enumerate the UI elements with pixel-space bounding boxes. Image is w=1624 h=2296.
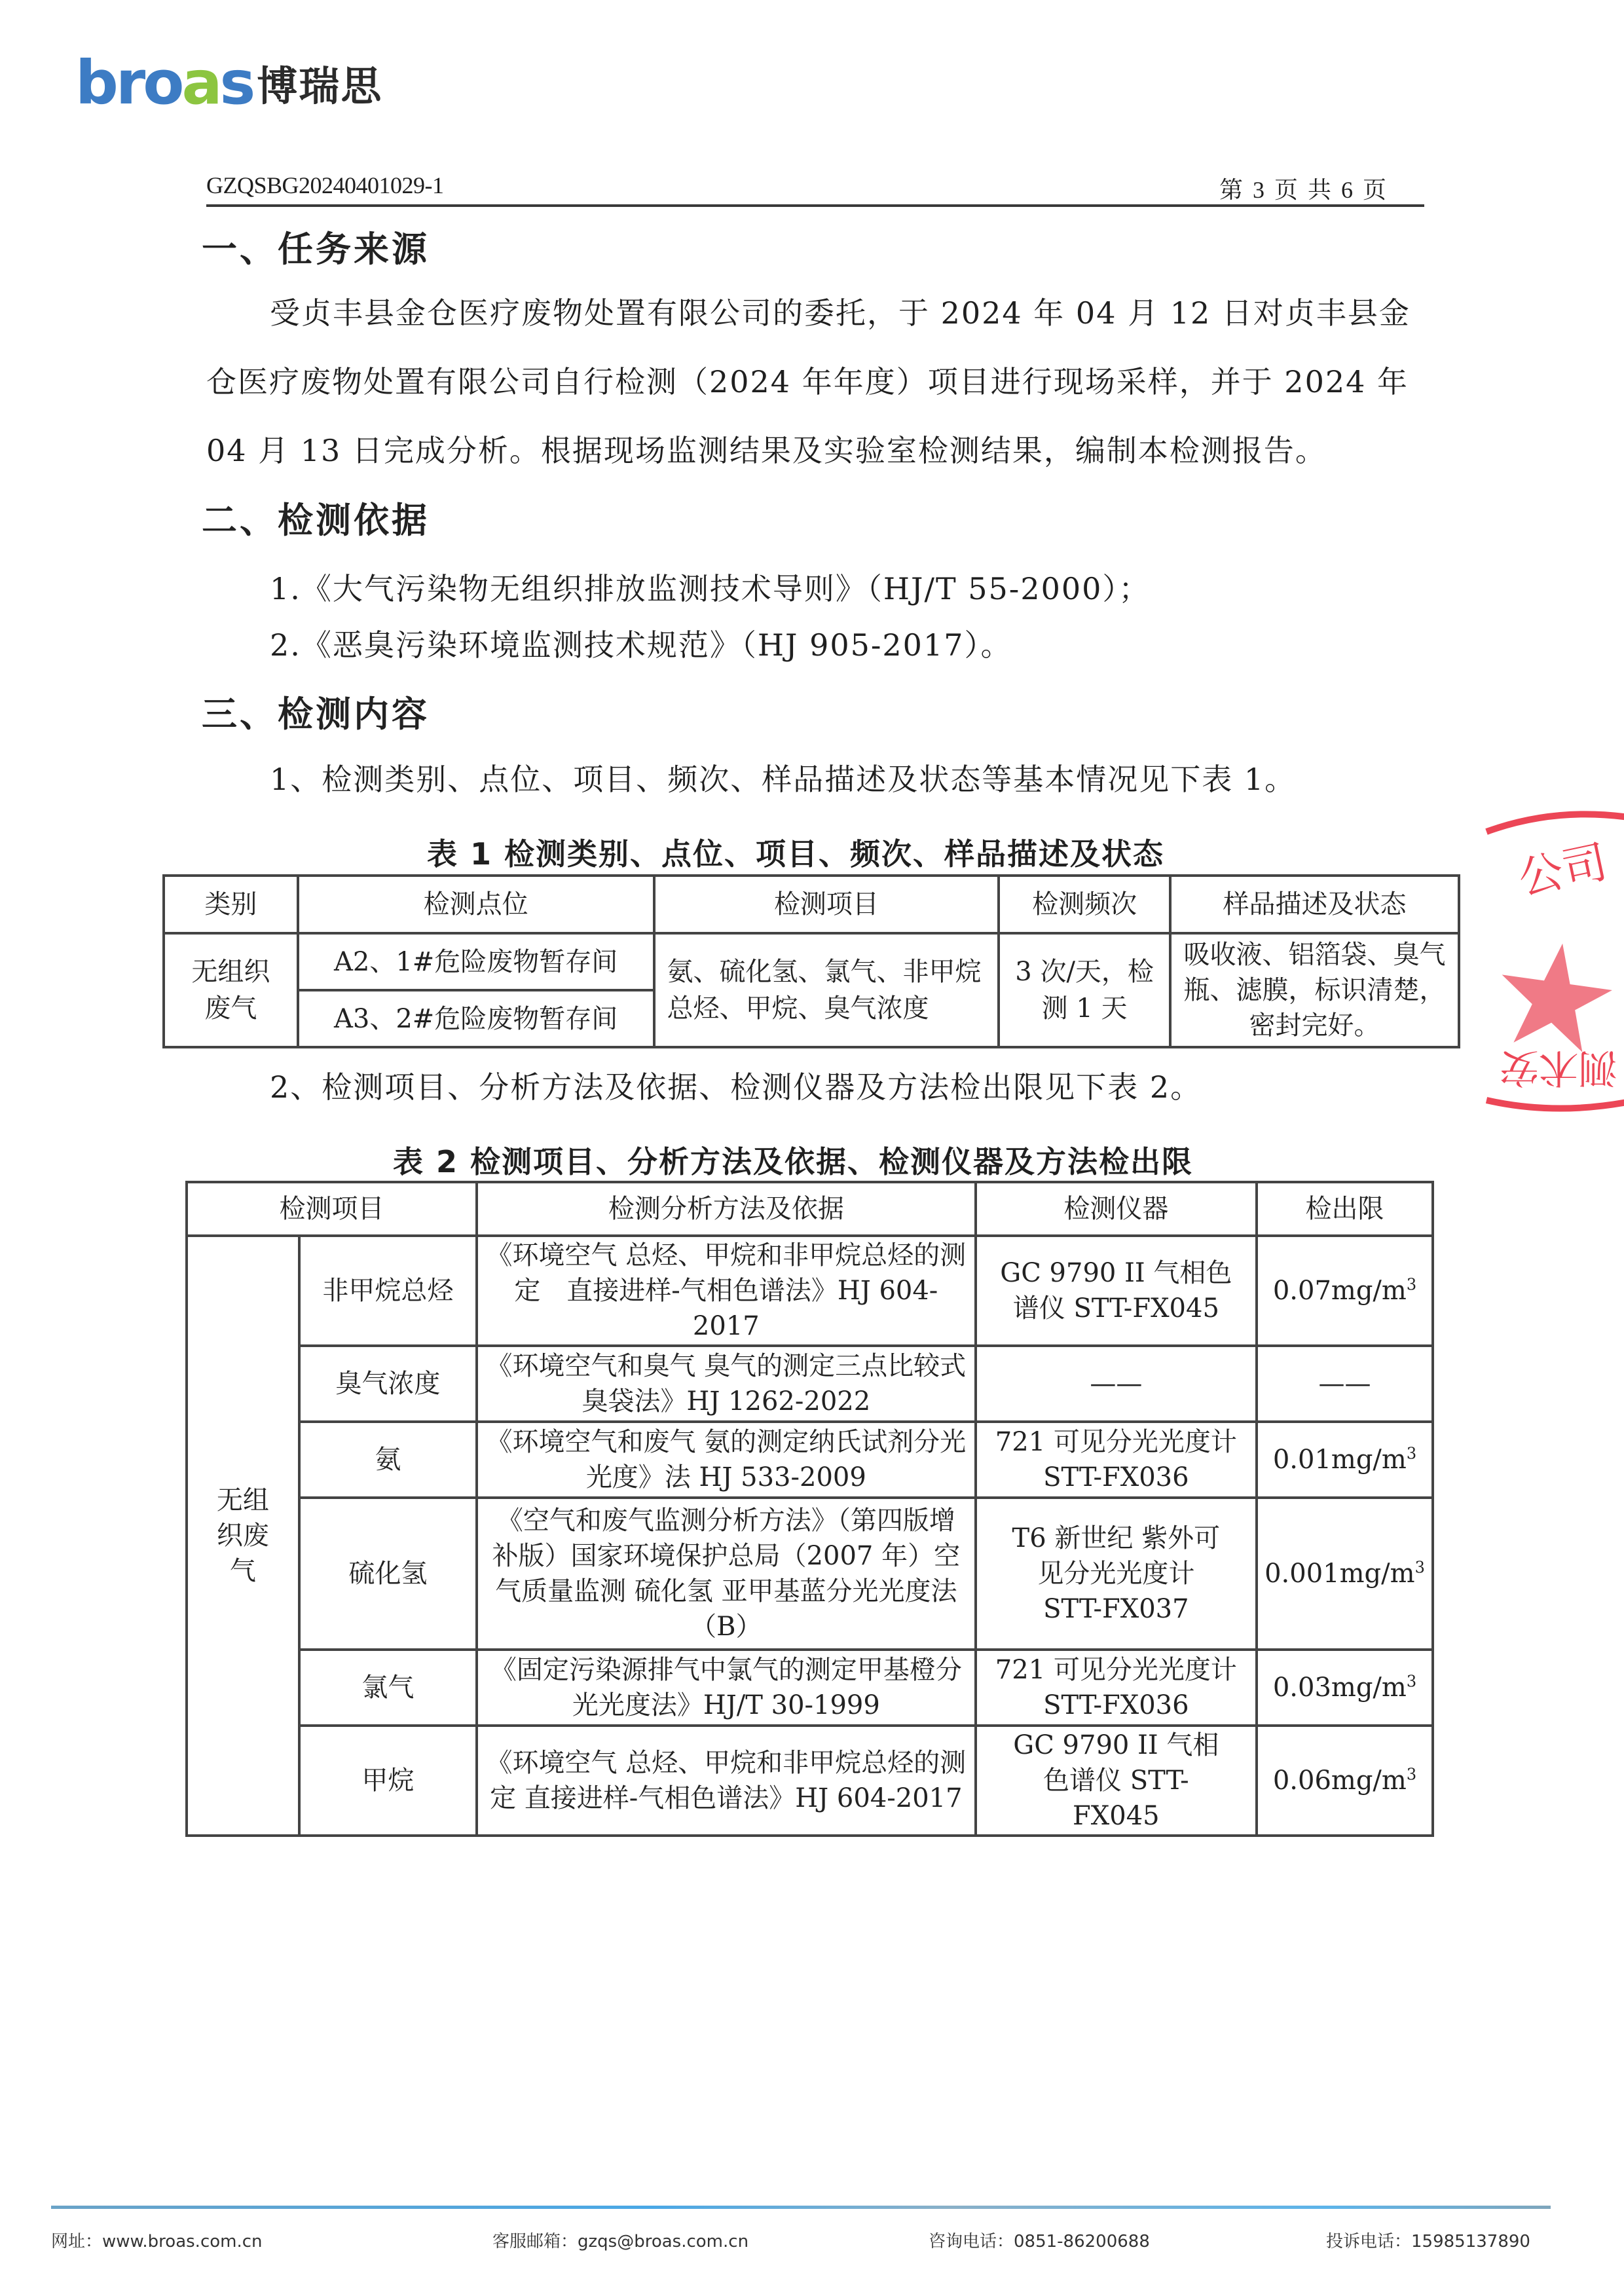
table2-limit-cell: —— <box>1257 1346 1433 1422</box>
table1-point-cell: A3、2#危险废物暂存间 <box>298 990 654 1047</box>
table2-instrument-cell: GC 9790 II 气相色谱仪 STT-FX045 <box>976 1236 1257 1346</box>
table2-header-cell: 检测仪器 <box>976 1182 1257 1236</box>
basis-item: 2.《恶臭污染环境监测技术规范》（HJ 905-2017）。 <box>270 630 1012 660</box>
table2-limit-cell: 0.03mg/m3 <box>1257 1650 1433 1726</box>
table2-item-cell: 臭气浓度 <box>299 1346 477 1422</box>
content-item: 2、检测项目、分析方法及依据、检测仪器及方法检出限见下表 2。 <box>270 1072 1202 1102</box>
table2-limit-cell: 0.001mg/m3 <box>1257 1498 1433 1650</box>
table2-header-row: 检测项目 检测分析方法及依据 检测仪器 检出限 <box>187 1182 1433 1236</box>
table2-item-cell: 氯气 <box>299 1650 477 1726</box>
table1-sample-desc-cell: 吸收液、铝箔袋、臭气瓶、滤膜，标识清楚，密封完好。 <box>1170 933 1459 1047</box>
table2-limit-cell: 0.07mg/m3 <box>1257 1236 1433 1346</box>
table-row: 硫化氢 《空气和废气监测分析方法》（第四版增补版）国家环境保护总局（2007 年… <box>187 1498 1433 1650</box>
table-row: 甲烷 《环境空气 总烃、甲烷和非甲烷总烃的测定 直接进样-气相色谱法》HJ 60… <box>187 1726 1433 1836</box>
table1-point-cell: A2、1#危险废物暂存间 <box>298 933 654 990</box>
table-row: 无组织废气 A2、1#危险废物暂存间 氨、硫化氢、氯气、非甲烷总烃、甲烷、臭气浓… <box>164 933 1459 990</box>
table1-header-cell: 检测频次 <box>999 876 1170 933</box>
table2-method-cell: 《环境空气和废气 氨的测定纳氏试剂分光光度》法 HJ 533-2009 <box>477 1422 976 1498</box>
table1-header-cell: 检测点位 <box>298 876 654 933</box>
table1-frequency-cell: 3 次/天，检测 1 天 <box>999 933 1170 1047</box>
table2-method-cell: 《环境空气 总烃、甲烷和非甲烷总烃的测定 直接进样-气相色谱法》HJ 604-2… <box>477 1726 976 1836</box>
table2-header-cell: 检测项目 <box>187 1182 477 1236</box>
footer-consult-phone: 咨询电话：0851-86200688 <box>929 2228 1150 2252</box>
table2-item-cell: 非甲烷总烃 <box>299 1236 477 1346</box>
table2-item-cell: 硫化氢 <box>299 1498 477 1650</box>
table2-title: 表 2 检测项目、分析方法及依据、检测仪器及方法检出限 <box>393 1138 1193 1181</box>
table2-item-cell: 氨 <box>299 1422 477 1498</box>
footer-email: 客服邮箱：gzqs@broas.com.cn <box>492 2228 748 2252</box>
table2-header-cell: 检出限 <box>1257 1182 1433 1236</box>
seal-star-icon: 公司 测术安 <box>1467 792 1624 1133</box>
paragraph-line: 04 月 13 日完成分析。根据现场监测结果及实验室检测结果，编制本检测报告。 <box>206 435 1327 466</box>
footer-complaint-phone: 投诉电话：15985137890 <box>1326 2228 1530 2252</box>
basis-item: 1.《大气污染物无组织排放监测技术导则》（HJ/T 55-2000）； <box>270 574 1150 604</box>
page-indicator: 第 3 页 共 6 页 <box>1219 172 1386 205</box>
svg-text:公司: 公司 <box>1514 836 1612 906</box>
table1-header-row: 类别 检测点位 检测项目 检测频次 样品描述及状态 <box>164 876 1459 933</box>
table1: 类别 检测点位 检测项目 检测频次 样品描述及状态 无组织废气 A2、1#危险废… <box>162 874 1460 1048</box>
table2-limit-cell: 0.01mg/m3 <box>1257 1422 1433 1498</box>
table1-title: 表 1 检测类别、点位、项目、频次、样品描述及状态 <box>427 830 1164 874</box>
footer-divider <box>51 2206 1551 2209</box>
footer-website: 网址：www.broas.com.cn <box>51 2228 263 2252</box>
table2-instrument-cell: —— <box>976 1346 1257 1422</box>
section-heading-basis: 二、检测依据 <box>202 492 430 543</box>
report-number: GZQSBG20240401029-1 <box>206 172 444 199</box>
logo-chinese-name: 博瑞思 <box>257 60 382 113</box>
table2-method-cell: 《环境空气和臭气 臭气的测定三点比较式臭袋法》HJ 1262-2022 <box>477 1346 976 1422</box>
table2-method-cell: 《环境空气 总烃、甲烷和非甲烷总烃的测定 直接进样-气相色谱法》HJ 604-2… <box>477 1236 976 1346</box>
table2: 检测项目 检测分析方法及依据 检测仪器 检出限 无组织废气 非甲烷总烃 《环境空… <box>185 1181 1434 1837</box>
header-divider <box>206 204 1424 207</box>
paragraph-line: 仓医疗废物处置有限公司自行检测（2024 年年度）项目进行现场采样，并于 202… <box>206 367 1409 397</box>
table1-header-cell: 样品描述及状态 <box>1170 876 1459 933</box>
table2-instrument-cell: 721 可见分光光度计 STT-FX036 <box>976 1422 1257 1498</box>
table-row: 氯气 《固定污染源排气中氯气的测定甲基橙分光光度法》HJ/T 30-1999 7… <box>187 1650 1433 1726</box>
content-item: 1、检测类别、点位、项目、频次、样品描述及状态等基本情况见下表 1。 <box>270 764 1296 794</box>
table2-method-cell: 《空气和废气监测分析方法》（第四版增补版）国家环境保护总局（2007 年）空气质… <box>477 1498 976 1650</box>
table2-limit-cell: 0.06mg/m3 <box>1257 1726 1433 1836</box>
table2-category-cell: 无组织废气 <box>187 1236 299 1836</box>
paragraph-line: 受贞丰县金仓医疗废物处置有限公司的委托，于 2024 年 04 月 12 日对贞… <box>270 298 1411 328</box>
logo-wordmark: broas <box>75 54 253 113</box>
table1-header-cell: 类别 <box>164 876 298 933</box>
table2-item-cell: 甲烷 <box>299 1726 477 1836</box>
table2-method-cell: 《固定污染源排气中氯气的测定甲基橙分光光度法》HJ/T 30-1999 <box>477 1650 976 1726</box>
official-seal-stamp: 公司 测术安 <box>1467 792 1624 1133</box>
table1-category-cell: 无组织废气 <box>164 933 298 1047</box>
table2-instrument-cell: 721 可见分光光度计 STT-FX036 <box>976 1650 1257 1726</box>
table-row: 氨 《环境空气和废气 氨的测定纳氏试剂分光光度》法 HJ 533-2009 72… <box>187 1422 1433 1498</box>
table1-items-cell: 氨、硫化氢、氯气、非甲烷总烃、甲烷、臭气浓度 <box>654 933 999 1047</box>
table2-header-cell: 检测分析方法及依据 <box>477 1182 976 1236</box>
section-heading-content: 三、检测内容 <box>202 686 430 737</box>
table2-instrument-cell: T6 新世纪 紫外可见分光光度计 STT-FX037 <box>976 1498 1257 1650</box>
table-row: 无组织废气 非甲烷总烃 《环境空气 总烃、甲烷和非甲烷总烃的测定 直接进样-气相… <box>187 1236 1433 1346</box>
section-heading-task-source: 一、任务来源 <box>202 221 430 272</box>
svg-text:测术安: 测术安 <box>1500 1045 1617 1090</box>
table1-header-cell: 检测项目 <box>654 876 999 933</box>
table2-instrument-cell: GC 9790 II 气相色谱仪 STT-FX045 <box>976 1726 1257 1836</box>
table-row: 臭气浓度 《环境空气和臭气 臭气的测定三点比较式臭袋法》HJ 1262-2022… <box>187 1346 1433 1422</box>
company-logo: broas 博瑞思 <box>75 54 382 113</box>
